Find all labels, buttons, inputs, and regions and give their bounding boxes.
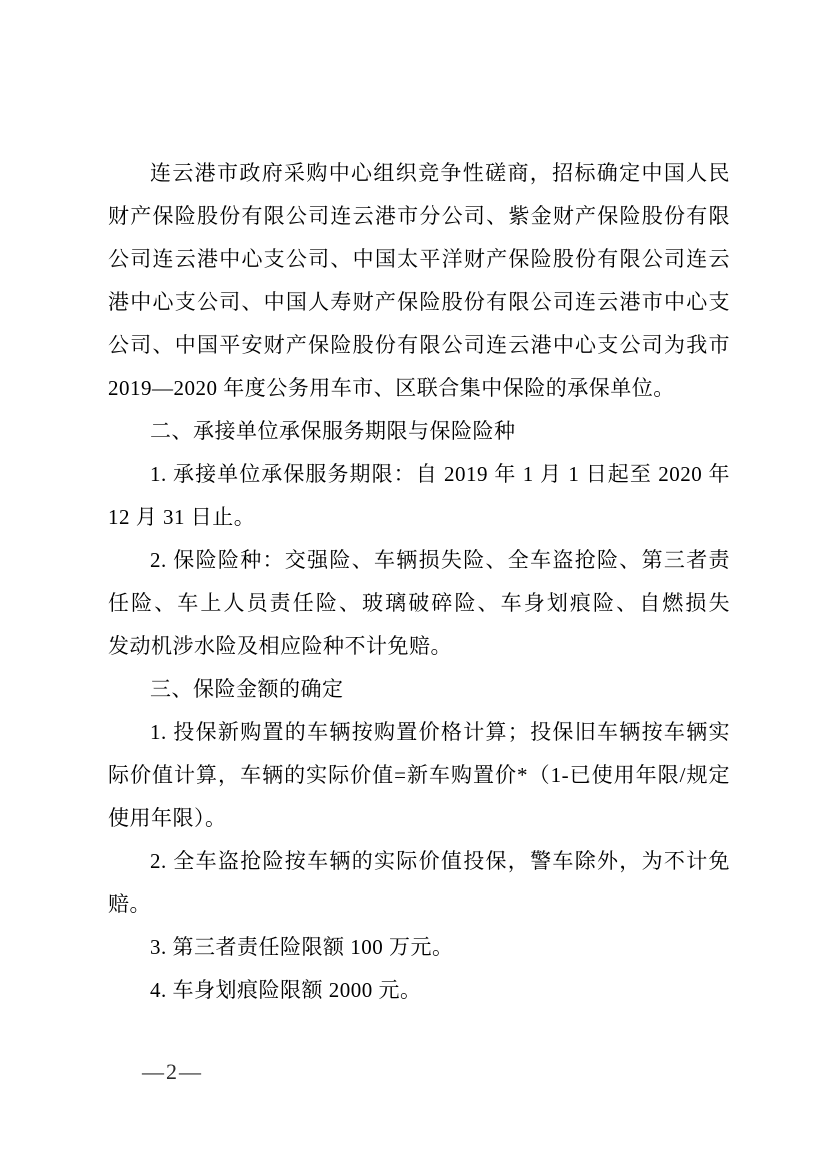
section-heading: 二、承接单位承保服务期限与保险险种 [108, 410, 730, 453]
text-line: 公司连云港中心支公司、中国太平洋财产保险股份有限公司连云 [108, 238, 730, 281]
text-line: 2. 全车盗抢险按车辆的实际价值投保，警车除外，为不计免 [108, 840, 730, 883]
text-line: 财产保险股份有限公司连云港市分公司、紫金财产保险股份有限 [108, 195, 730, 238]
text-line: 连云港市政府采购中心组织竞争性磋商，招标确定中国人民 [108, 152, 730, 195]
text-line: 际价值计算，车辆的实际价值=新车购置价*（1-已使用年限/规定 [108, 754, 730, 797]
text-line: 3. 第三者责任险限额 100 万元。 [108, 926, 730, 969]
text-line: 12 月 31 日止。 [108, 496, 730, 539]
text-line: 1. 承接单位承保服务期限：自 2019 年 1 月 1 日起至 2020 年 [108, 453, 730, 496]
document-body: 连云港市政府采购中心组织竞争性磋商，招标确定中国人民 财产保险股份有限公司连云港… [108, 152, 730, 1012]
text-line: 4. 车身划痕险限额 2000 元。 [108, 969, 730, 1012]
text-line: 港中心支公司、中国人寿财产保险股份有限公司连云港市中心支 [108, 281, 730, 324]
text-line: 2. 保险险种：交强险、车辆损失险、全车盗抢险、第三者责 [108, 539, 730, 582]
text-line: 1. 投保新购置的车辆按购置价格计算；投保旧车辆按车辆实 [108, 711, 730, 754]
text-line: 2019—2020 年度公务用车市、区联合集中保险的承保单位。 [108, 367, 730, 410]
section-heading: 三、保险金额的确定 [108, 668, 730, 711]
text-line: 发动机涉水险及相应险种不计免赔。 [108, 625, 730, 668]
page-number: —2— [142, 1059, 203, 1085]
text-line: 赔。 [108, 883, 730, 926]
text-line: 任险、车上人员责任险、玻璃破碎险、车身划痕险、自燃损失险、 [108, 582, 730, 625]
text-line: 公司、中国平安财产保险股份有限公司连云港中心支公司为我市 [108, 324, 730, 367]
document-page: 连云港市政府采购中心组织竞争性磋商，招标确定中国人民 财产保险股份有限公司连云港… [0, 0, 827, 1169]
text-line: 使用年限）。 [108, 797, 730, 840]
